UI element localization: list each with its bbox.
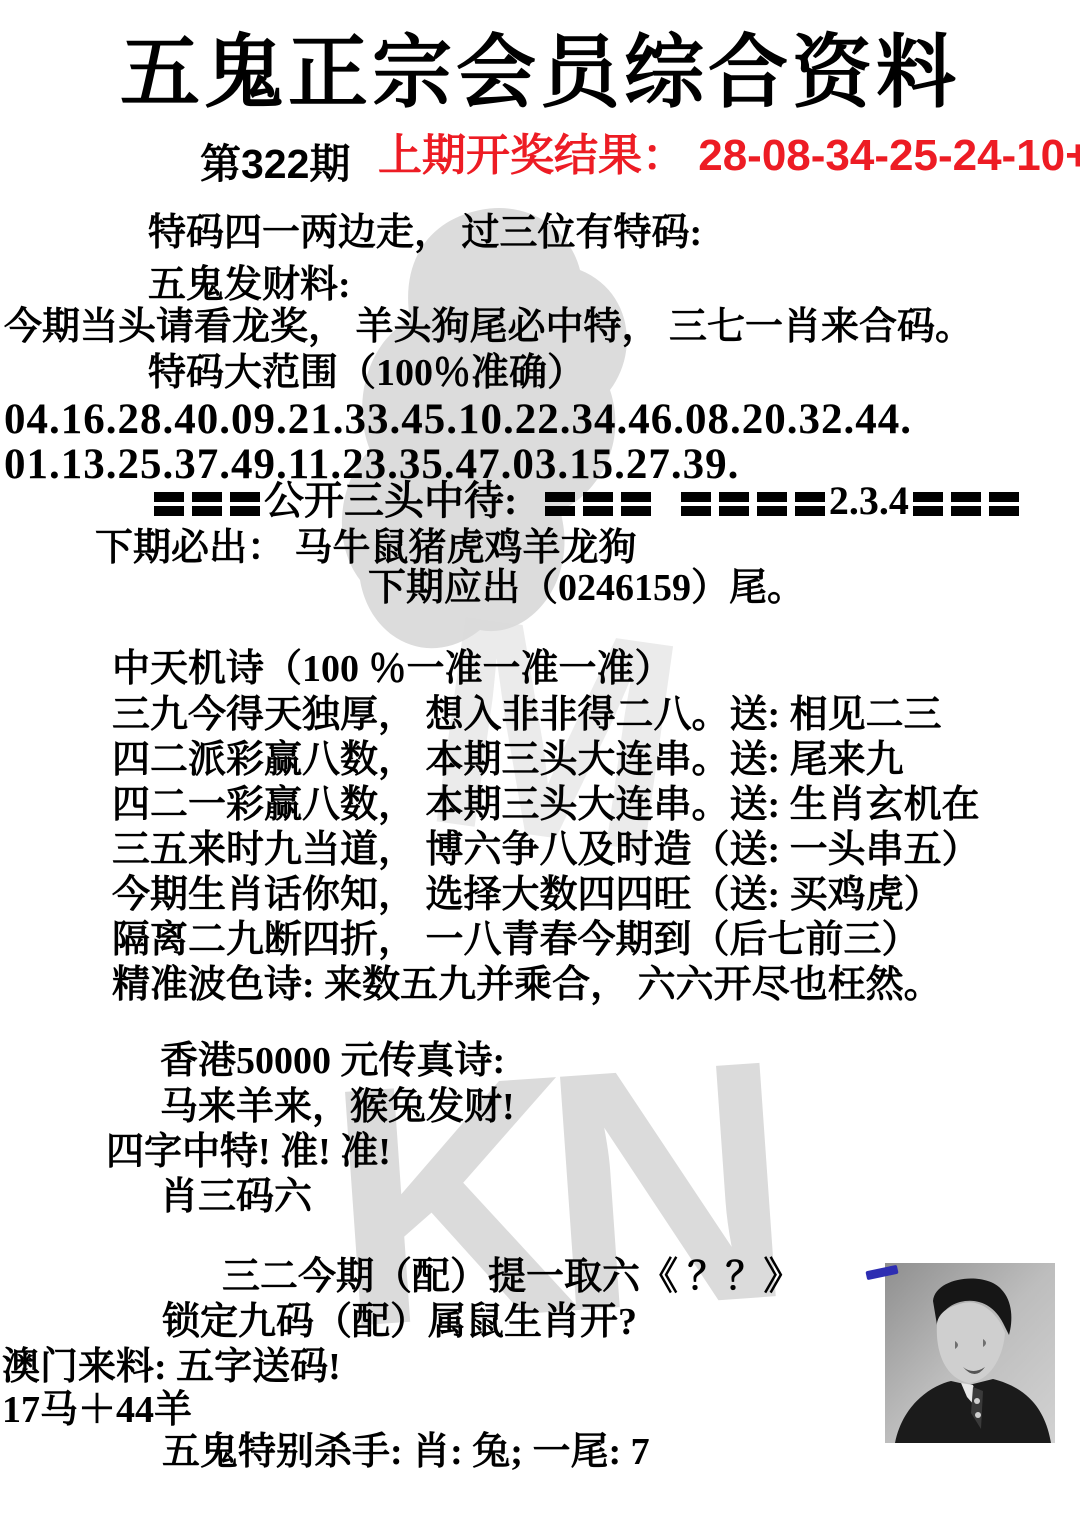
numbers-row-1: 04.16.28.40.09.21.33.45.10.22.34.46.08.2… [4,395,912,444]
double-bar-glyph [583,489,613,520]
three-heads-label: 公开三头中待: [264,478,517,523]
double-bar-glyph [154,489,184,520]
bars-mid [541,485,655,527]
horse-goat-line: 17马＋44羊 [2,1389,192,1433]
range-title: 特码大范围（100％准确） [148,352,585,396]
fax-line-1: 香港50000 元传真诗: [160,1040,505,1084]
tip-line-2: 五鬼发财料: [148,264,351,308]
tip-line-3: 今期当头请看龙奖， 羊头狗尾必中特， 三七一肖来合码。 [4,306,973,350]
double-bar-glyph [621,489,651,520]
page-title: 五鬼正宗会员综合资料 [0,28,1080,120]
poem-line-1: 三九今得天独厚， 想入非非得二八。送: 相见二三 [112,694,942,738]
double-bar-glyph [913,489,943,520]
bottom-line-1: 三二今期（配）提一取六《 ？？》 [222,1256,802,1300]
portrait-photo [885,1263,1055,1448]
double-bar-glyph [545,489,575,520]
double-bar-glyph [951,489,981,520]
tip-line-1: 特码四一两边走， 过三位有特码: [148,212,702,256]
killer-line: 五鬼特别杀手: 肖: 兔; 一尾: 7 [162,1431,650,1475]
lottery-tip-sheet: KN M 五鬼正宗会员综合资料 第322期 上期开奖结果： 28-08-34-2… [0,0,1080,1527]
bars-mid-2 [677,485,829,527]
three-heads-line: 公开三头中待: 2.3.4 [150,478,1023,529]
double-bar-glyph [192,489,222,520]
poem-line-2: 四二派彩赢八数， 本期三头大连串。送: 尾来九 [112,739,904,783]
double-bar-glyph [230,489,260,520]
last-draw-result: 上期开奖结果： 28-08-34-25-24-10+23 [378,131,1080,182]
poem-line-5: 今期生肖话你知， 选择大数四四旺（送: 买鸡虎） [112,874,942,918]
double-bar-glyph [795,489,825,520]
bottom-line-2: 锁定九码（配）属鼠生肖开? [162,1301,637,1345]
poem-line-6: 隔离二九断四折， 一八青春今期到（后七前三） [112,919,920,963]
double-bar-glyph [681,489,711,520]
issue-number: 第322期 [200,141,350,188]
fax-line-3: 四字中特! 准! 准! [106,1131,391,1175]
poem-line-7: 精准波色诗: 来数五九并乘合， 六六开尽也枉然。 [112,964,942,1008]
fax-line-2: 马来羊来，猴兔发财! [160,1086,515,1130]
last-draw-label: 上期开奖结果： [378,131,686,180]
double-bar-glyph [757,489,787,520]
double-bar-glyph [719,489,749,520]
last-draw-numbers: 28-08-34-25-24-10+23 [698,131,1080,180]
bars-prefix [150,485,264,527]
next-should-line: 下期应出（0246159）尾。 [368,567,805,611]
bars-suffix [909,485,1023,527]
double-bar-glyph [989,489,1019,520]
three-heads-values: 2.3.4 [829,478,909,523]
fax-line-4: 肖三码六 [160,1176,312,1220]
poem-title: 中天机诗（100 ％一准一准一准） [112,648,673,692]
poem-line-4: 三五来时九当道， 博六争八及时造（送: 一头串五） [112,829,980,873]
next-must-line: 下期必出： 马牛鼠猪虎鸡羊龙狗 [95,527,637,571]
poem-line-3: 四二一彩赢八数， 本期三头大连串。送: 生肖玄机在 [112,784,980,828]
macau-line: 澳门来料: 五字送码! [2,1346,341,1390]
